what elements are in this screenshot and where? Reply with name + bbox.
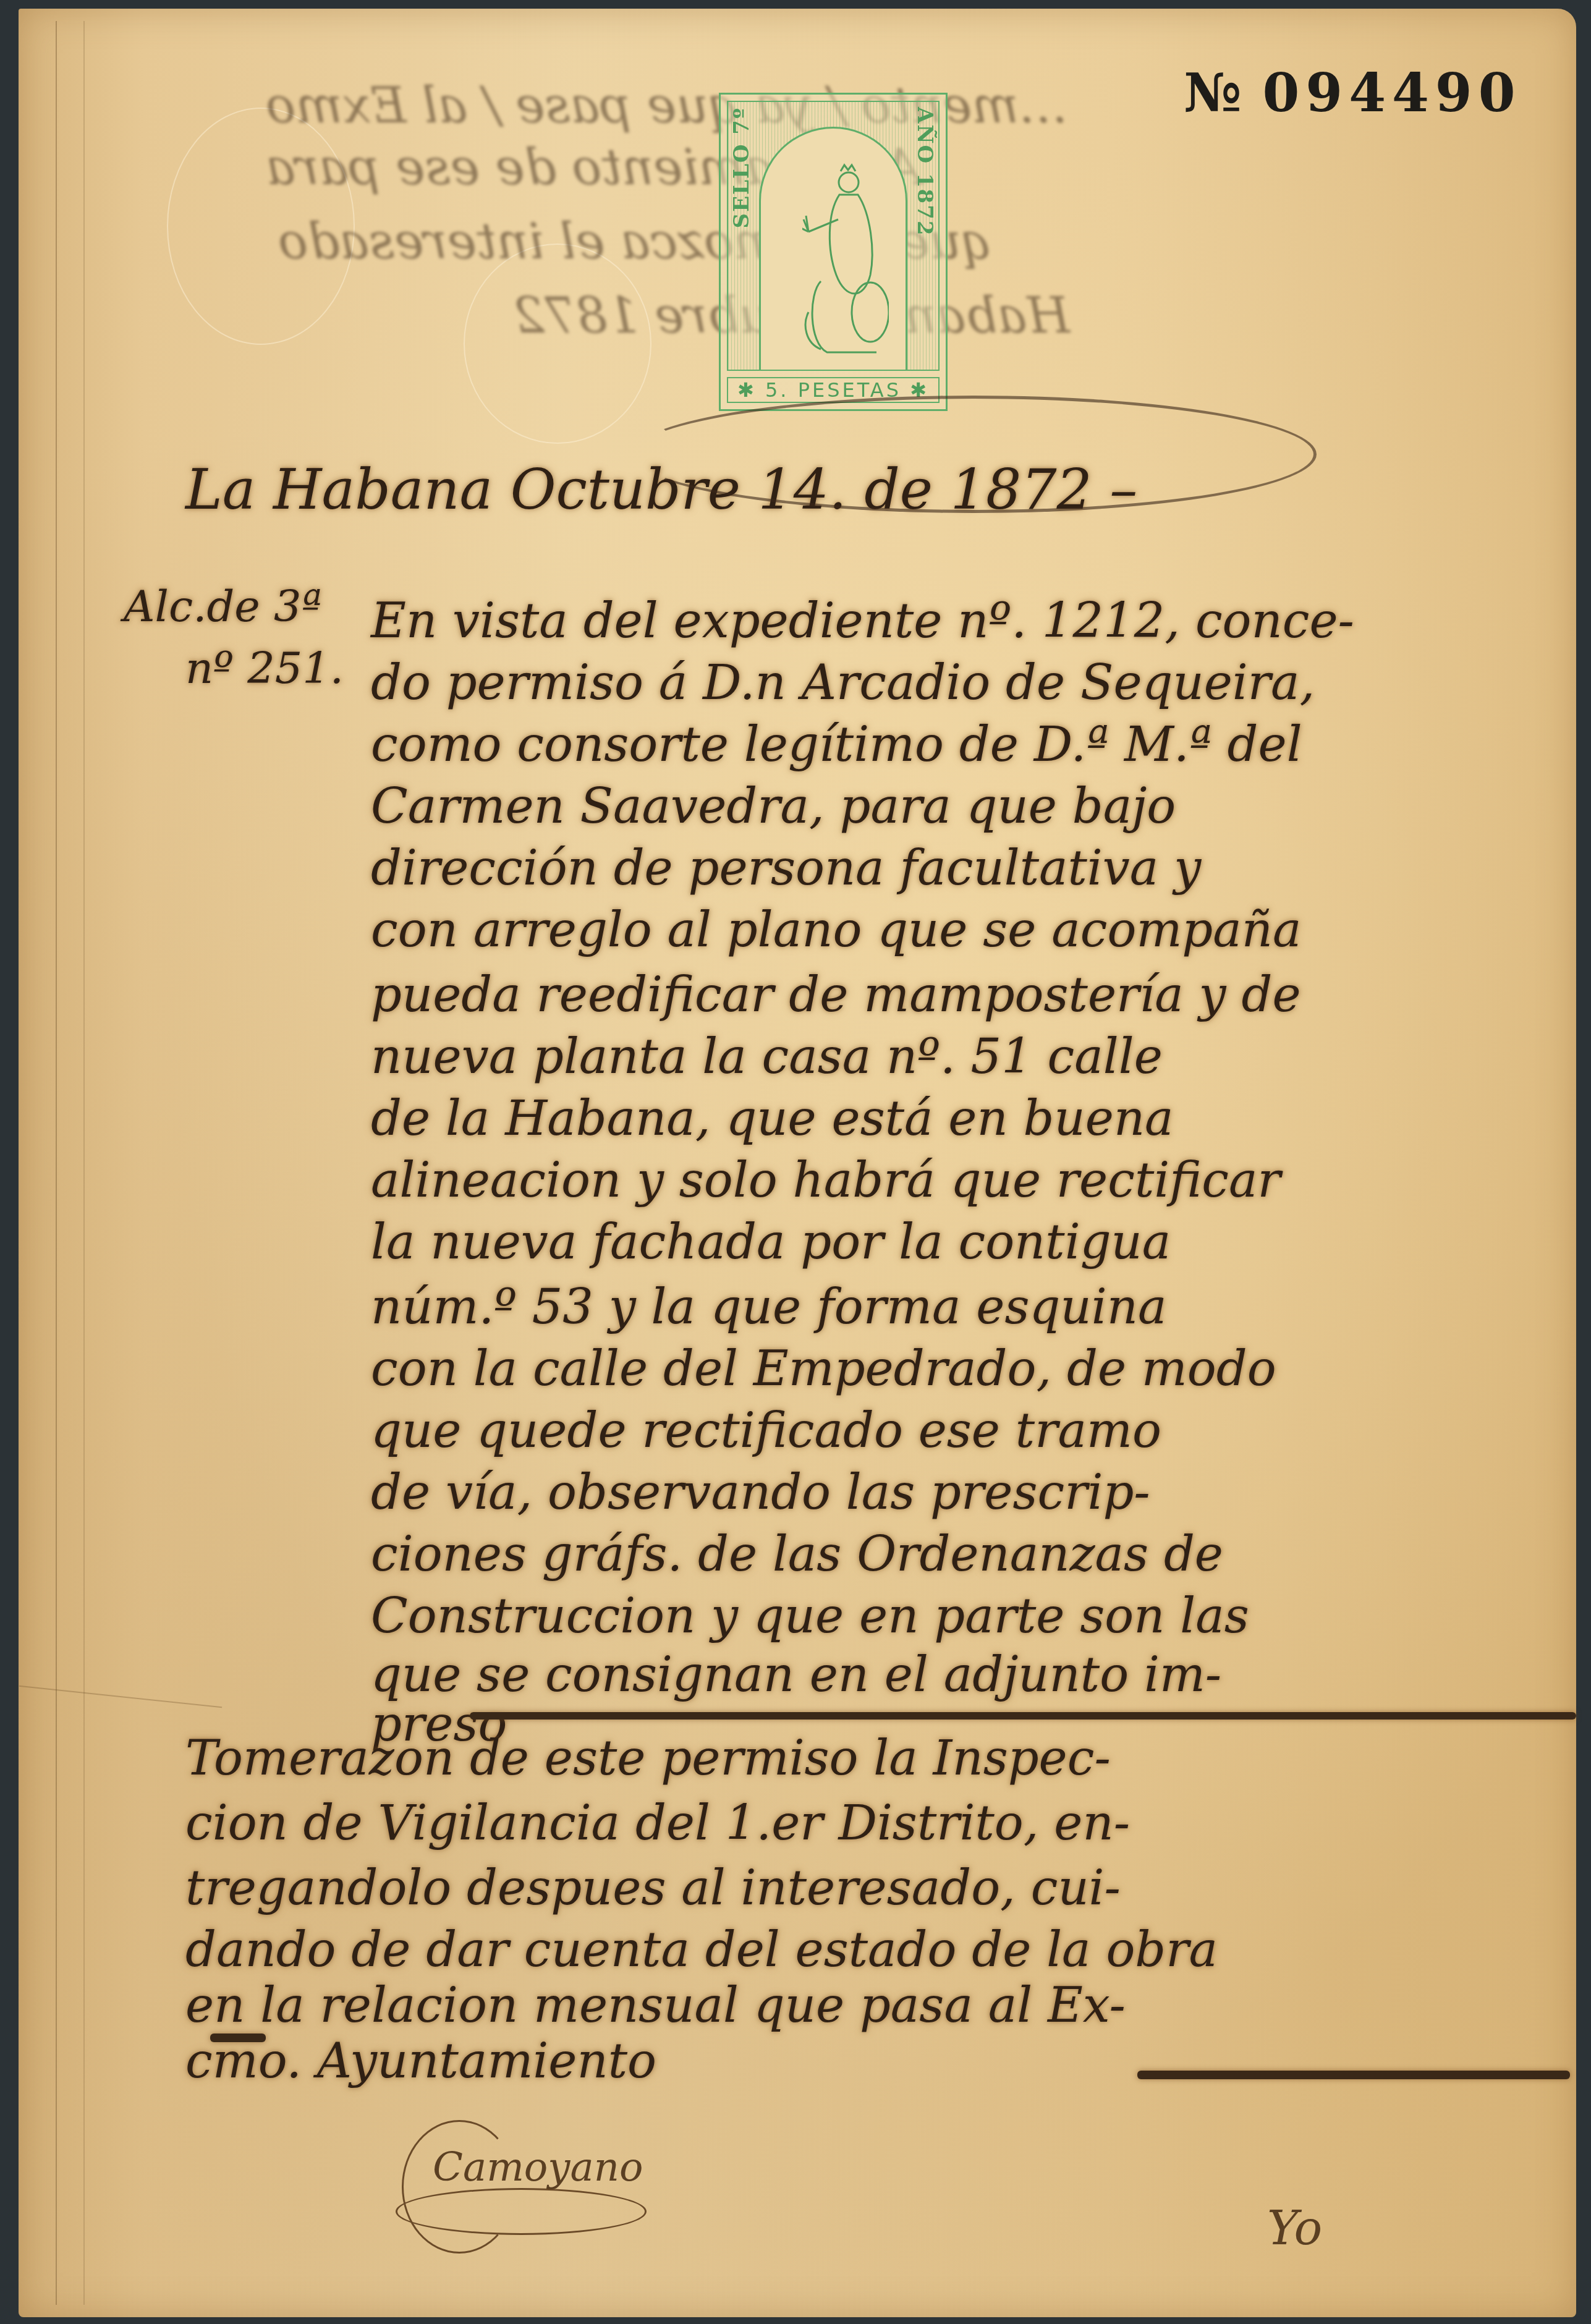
body-line-12: núm.º 53 y la que forma esquina bbox=[371, 1279, 1166, 1335]
revenue-stamp: SELLO 7º AÑO 1872 ✱ 5. PESETAS ✱ bbox=[719, 93, 948, 411]
closing-rule bbox=[1137, 2071, 1570, 2079]
stamp-right-legend: AÑO 1872 bbox=[912, 107, 937, 237]
serial-digits: 094490 bbox=[1262, 62, 1521, 124]
body-line-4: Carmen Saavedra, para que bajo bbox=[371, 779, 1176, 834]
body-line-5: dirección de persona facultativa y bbox=[371, 841, 1201, 896]
fold-line-left bbox=[56, 21, 57, 2305]
numero-sign: № bbox=[1184, 62, 1241, 124]
seated-figure-icon bbox=[802, 158, 889, 362]
body-line-18: que se consignan en el adjunto im- bbox=[371, 1647, 1221, 1703]
stamp-frame bbox=[727, 101, 940, 371]
closing-line-5: en la relacion mensual que pasa al Ex- bbox=[185, 1978, 1126, 2033]
body-line-1: En vista del expediente nº. 1212, conce- bbox=[371, 593, 1354, 649]
body-line-14: que quede rectificado ese tramo bbox=[371, 1403, 1161, 1459]
flourish-stroke bbox=[630, 396, 1317, 513]
body-line-8: nueva planta la casa nº. 51 calle bbox=[371, 1029, 1163, 1085]
closing-line-2: cion de Vigilancia del 1.er Distrito, en… bbox=[185, 1796, 1130, 1851]
fold-line-left-inner bbox=[83, 21, 85, 2305]
end-of-paragraph-rule bbox=[470, 1712, 1576, 1720]
margin-note-line-2: nº 251. bbox=[185, 643, 344, 693]
body-line-11: la nueva fachada por la contigua bbox=[371, 1215, 1171, 1270]
margin-note-line-1: Alc.de 3ª bbox=[124, 581, 322, 632]
body-line-16: ciones gráfs. de las Ordenanzas de bbox=[371, 1527, 1223, 1582]
body-line-17: Construccion y que en parte son las bbox=[371, 1588, 1249, 1644]
body-line-13: con la calle del Empedrado, de modo bbox=[371, 1341, 1276, 1397]
bleed-through-line-1: …mento / ya que pase / al Exmo bbox=[266, 77, 1068, 134]
body-line-7: pueda reedificar de mampostería y de bbox=[371, 967, 1301, 1023]
stamp-left-legend: SELLO 7º bbox=[729, 107, 754, 228]
body-line-9: de la Habana, que está en buena bbox=[371, 1091, 1174, 1147]
signature-flourish-underline bbox=[396, 2188, 647, 2235]
signature: Camoyano bbox=[433, 2145, 643, 2190]
closing-line-3: tregandolo despues al interesado, cui- bbox=[185, 1860, 1121, 1916]
tear-line bbox=[19, 1686, 222, 1708]
body-line-2: do permiso á D.n Arcadio de Sequeira, bbox=[371, 655, 1315, 711]
closing-dash-1 bbox=[210, 2033, 266, 2042]
body-line-3: como consorte legítimo de D.ª M.ª del bbox=[371, 717, 1302, 773]
body-line-6: con arreglo al plano que se acompaña bbox=[371, 902, 1302, 958]
initials: Yo bbox=[1267, 2200, 1322, 2255]
body-line-15: de vía, observando las prescrip- bbox=[371, 1465, 1150, 1520]
closing-line-4: dando de dar cuenta del estado de la obr… bbox=[185, 1922, 1218, 1978]
body-line-10: alineacion y solo habrá que rectificar bbox=[371, 1153, 1281, 1208]
serial-number: №094490 bbox=[1184, 62, 1522, 124]
closing-line-1: Tomerazon de este permiso la Inspec- bbox=[185, 1731, 1111, 1786]
